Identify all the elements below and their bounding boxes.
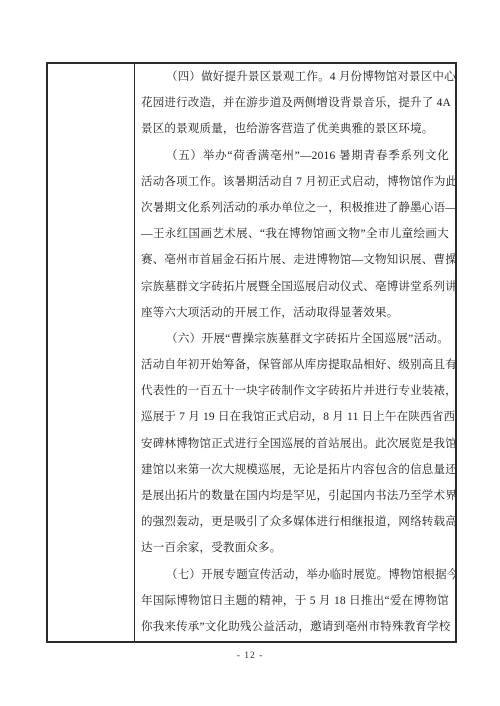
text-line: 是展出拓片的数量在国内均是罕见，引起国内书法乃至学术界	[141, 483, 449, 509]
table-label-cell	[48, 64, 135, 641]
text-line: 巡展于 7 月 19 日在我馆正式启动，8 月 11 日上午在陕西省西	[141, 404, 449, 430]
text-line: 宗族墓群文字砖拓片展暨全国巡展启动仪式、亳博讲堂系列讲	[141, 274, 449, 300]
table-body-cell: （四）做好提升景区景观工作。4 月份博物馆对景区中心花园进行改造，并在游步道及两…	[135, 64, 455, 641]
text-line: 安碑林博物馆正式进行全国巡展的首站展出。此次展览是我馆	[141, 431, 449, 457]
text-line: 的强烈轰动，更是吸引了众多媒体进行相继报道，网络转载高	[141, 509, 449, 535]
document-page: （四）做好提升景区景观工作。4 月份博物馆对景区中心花园进行改造，并在游步道及两…	[0, 0, 500, 706]
text-line: 你我来传承”文化助残公益活动，邀请到亳州市特殊教育学校	[141, 614, 449, 640]
page-number: - 12 -	[0, 651, 500, 661]
text-line: 年国际博物馆日主题的精神，于 5 月 18 日推出“爱在博物馆	[141, 588, 449, 614]
text-line: 次暑期文化系列活动的承办单位之一，积极推进了静墨心语—	[141, 195, 449, 221]
text-line: （六）开展“曹操宗族墓群文字砖拓片全国巡展”活动。	[141, 326, 449, 352]
text-line: 活动自年初开始筹备，保管部从库房提取品相好、级别高且有	[141, 352, 449, 378]
text-line: 达一百余家，受教面众多。	[141, 535, 449, 561]
text-line: 花园进行改造，并在游步道及两侧增设背景音乐，提升了 4A	[141, 90, 449, 116]
text-line: （四）做好提升景区景观工作。4 月份博物馆对景区中心	[141, 64, 449, 90]
text-line: （五）举办“荷香满亳州”—2016 暑期青春季系列文化	[141, 143, 449, 169]
text-line: 活动各项工作。该暑期活动自 7 月初正式启动，博物馆作为此	[141, 169, 449, 195]
text-line: 景区的景观质量，也给游客营造了优美典雅的景区环境。	[141, 116, 449, 142]
text-line: 座等六大项活动的开展工作，活动取得显著效果。	[141, 300, 449, 326]
content-table: （四）做好提升景区景观工作。4 月份博物馆对景区中心花园进行改造，并在游步道及两…	[46, 62, 457, 643]
body-text: （四）做好提升景区景观工作。4 月份博物馆对景区中心花园进行改造，并在游步道及两…	[141, 64, 449, 640]
text-line: —王永红国画艺术展、“我在博物馆画文物”全市儿童绘画大	[141, 221, 449, 247]
text-line: 建馆以来第一次大规模巡展，无论是拓片内容包含的信息量还	[141, 457, 449, 483]
text-line: 代表性的一百五十一块字砖制作文字砖拓片并进行专业装裱，	[141, 378, 449, 404]
text-line: 赛、亳州市首届金石拓片展、走进博物馆—文物知识展、曹操	[141, 247, 449, 273]
text-line: （七）开展专题宣传活动，举办临时展览。博物馆根据今	[141, 562, 449, 588]
